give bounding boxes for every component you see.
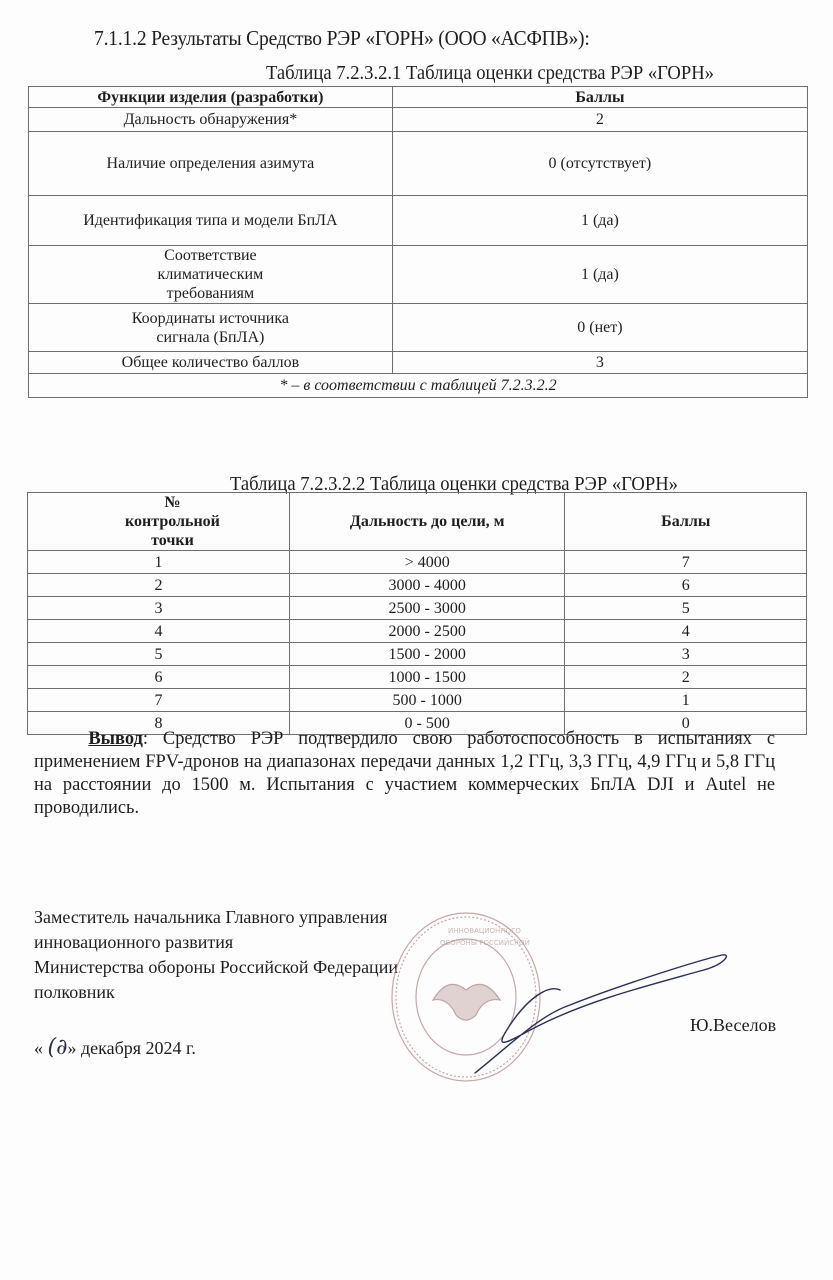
- score-cell: 2: [392, 108, 807, 132]
- header-function: Функции изделия (разработки): [29, 87, 393, 108]
- position-line-2: инновационного развития: [34, 930, 398, 955]
- point-cell: 2: [28, 574, 290, 597]
- score-cell: 3: [392, 352, 807, 374]
- score-cell: 3: [565, 643, 807, 666]
- handwritten-day: (∂: [48, 1035, 68, 1060]
- scores-table: Функции изделия (разработки) Баллы Дальн…: [28, 86, 808, 398]
- header-point: № контрольной точки: [28, 493, 290, 551]
- range-cell: 1000 - 1500: [289, 666, 565, 689]
- conclusion-label: Вывод: [88, 728, 143, 749]
- header-range: Дальность до цели, м: [289, 493, 565, 551]
- svg-text:ИННОВАЦИОННОГО: ИННОВАЦИОННОГО: [448, 927, 521, 935]
- function-cell: Соответствие климатическим требованиям: [29, 246, 393, 304]
- table-row: 32500 - 30005: [28, 597, 807, 620]
- footnote: * – в соответствии с таблицей 7.2.3.2.2: [29, 374, 808, 398]
- date-rest: » декабря 2024 г.: [67, 1038, 195, 1058]
- function-cell: Идентификация типа и модели БпЛА: [29, 196, 393, 246]
- score-cell: 0 (отсутствует): [392, 132, 807, 196]
- function-cell: Координаты источника сигнала (БпЛА): [29, 304, 393, 352]
- table-row: 51500 - 20003: [28, 643, 807, 666]
- position-line-1: Заместитель начальника Главного управлен…: [34, 905, 398, 930]
- range-cell: > 4000: [289, 551, 565, 574]
- score-cell: 5: [565, 597, 807, 620]
- conclusion: Вывод: Средство РЭР подтвердило свою раб…: [34, 727, 775, 819]
- score-cell: 2: [565, 666, 807, 689]
- point-cell: 7: [28, 689, 290, 712]
- table-row: Идентификация типа и модели БпЛА 1 (да): [29, 196, 808, 246]
- table-row: Соответствие климатическим требованиям 1…: [29, 246, 808, 304]
- score-cell: 1: [565, 689, 807, 712]
- header-score: Баллы: [565, 493, 807, 551]
- point-cell: 6: [28, 666, 290, 689]
- table1-caption: Таблица 7.2.3.2.1 Таблица оценки средств…: [266, 62, 714, 85]
- table-row-total: Общее количество баллов 3: [29, 352, 808, 374]
- range-cell: 1500 - 2000: [289, 643, 565, 666]
- table-row: 23000 - 40006: [28, 574, 807, 597]
- table-row: Координаты источника сигнала (БпЛА) 0 (н…: [29, 304, 808, 352]
- score-cell: 1 (да): [392, 196, 807, 246]
- rank: полковник: [34, 980, 398, 1005]
- table-row: 42000 - 25004: [28, 620, 807, 643]
- range-scores-table: № контрольной точки Дальность до цели, м…: [27, 492, 807, 735]
- table-row: Наличие определения азимута 0 (отсутству…: [29, 132, 808, 196]
- signature-block: Заместитель начальника Главного управлен…: [34, 905, 398, 1005]
- point-cell: 5: [28, 643, 290, 666]
- signing-date: « (∂» декабря 2024 г.: [34, 1035, 196, 1060]
- score-cell: 1 (да): [392, 246, 807, 304]
- score-cell: 0 (нет): [392, 304, 807, 352]
- point-cell: 4: [28, 620, 290, 643]
- header-score: Баллы: [392, 87, 807, 108]
- table-row: 61000 - 15002: [28, 666, 807, 689]
- range-cell: 3000 - 4000: [289, 574, 565, 597]
- section-heading: 7.1.1.2 Результаты Средство РЭР «ГОРН» (…: [94, 26, 590, 51]
- handwritten-signature-icon: [470, 945, 740, 1080]
- point-cell: 1: [28, 551, 290, 574]
- table-row: Дальность обнаружения* 2: [29, 108, 808, 132]
- position-line-3: Министерства обороны Российской Федераци…: [34, 955, 398, 980]
- date-quote-open: «: [34, 1038, 48, 1058]
- function-cell: Дальность обнаружения*: [29, 108, 393, 132]
- table-row: 1> 40007: [28, 551, 807, 574]
- function-cell: Наличие определения азимута: [29, 132, 393, 196]
- function-cell: Общее количество баллов: [29, 352, 393, 374]
- table-footnote-row: * – в соответствии с таблицей 7.2.3.2.2: [29, 374, 808, 398]
- range-cell: 2500 - 3000: [289, 597, 565, 620]
- range-cell: 500 - 1000: [289, 689, 565, 712]
- conclusion-text: : Средство РЭР подтвердило свою работосп…: [34, 728, 775, 818]
- point-cell: 3: [28, 597, 290, 620]
- score-cell: 4: [565, 620, 807, 643]
- score-cell: 7: [565, 551, 807, 574]
- table-row: 7500 - 10001: [28, 689, 807, 712]
- range-cell: 2000 - 2500: [289, 620, 565, 643]
- score-cell: 6: [565, 574, 807, 597]
